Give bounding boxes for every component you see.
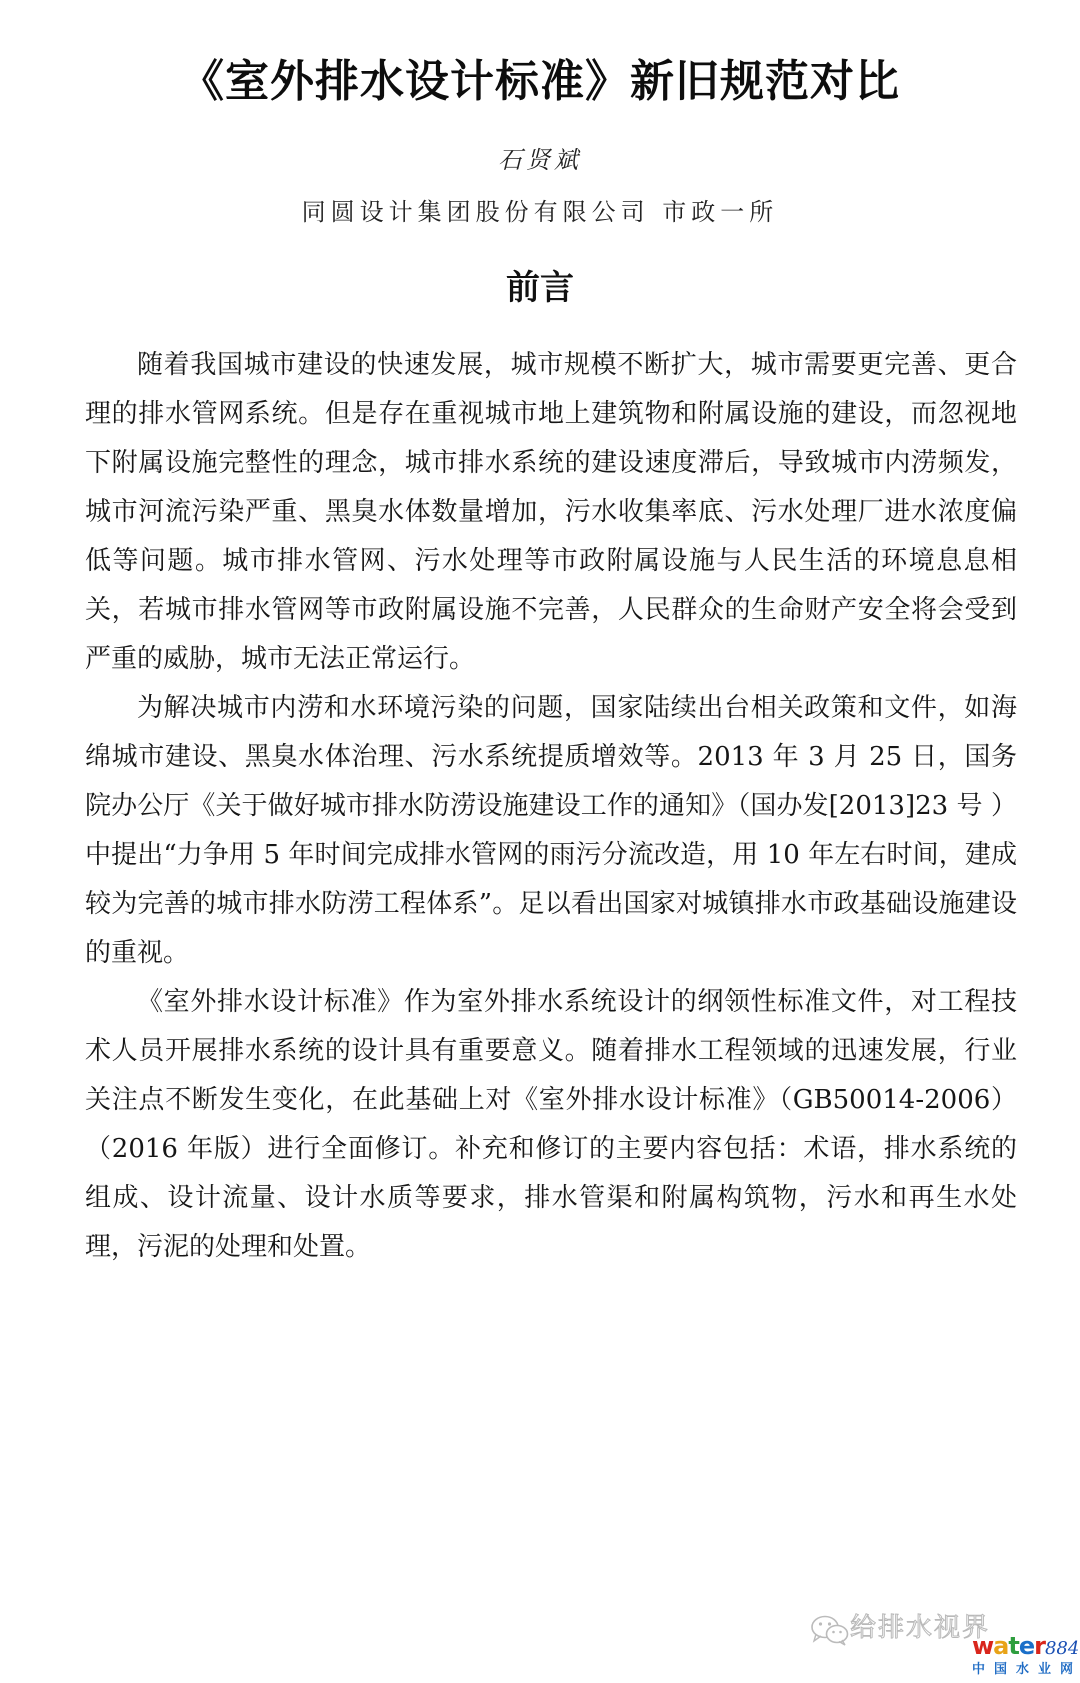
watermark-brand-subtitle: 中国水业网 [972,1662,1080,1678]
author-affiliation: 同圆设计集团股份有限公司 市政一所 [0,192,1080,232]
paragraph: 《室外排水设计标准》作为室外排水系统设计的纲领性标准文件，对工程技术人员开展排水… [85,978,1017,1272]
paragraph: 为解决城市内涝和水环境污染的问题，国家陆续出台相关政策和文件，如海绵城市建设、黑… [85,684,1017,978]
watermark-account-name: 给排水视界 [850,1610,990,1646]
document-body: 随着我国城市建设的快速发展，城市规模不断扩大，城市需要更完善、更合理的排水管网系… [85,341,1017,1272]
paragraph: 随着我国城市建设的快速发展，城市规模不断扩大，城市需要更完善、更合理的排水管网系… [85,341,1017,684]
brand-letter: e [1019,1632,1034,1660]
author-name: 石贤斌 [0,140,1080,180]
brand-number: 8848 [1045,1638,1080,1659]
section-heading-preface: 前言 [0,262,1080,314]
brand-letter: a [993,1632,1008,1660]
watermark: 给排水视界 water8848.com 中国水业网 [800,1610,1080,1683]
document-page: 《室外排水设计标准》新旧规范对比 石贤斌 同圆设计集团股份有限公司 市政一所 前… [0,0,1080,1683]
brand-letter: w [972,1632,993,1660]
document-title: 《室外排水设计标准》新旧规范对比 [0,52,1080,112]
brand-letter: r [1034,1632,1045,1660]
wechat-icon [810,1614,850,1646]
brand-letter: t [1008,1632,1018,1660]
watermark-brand-logo: water8848.com [972,1634,1080,1664]
